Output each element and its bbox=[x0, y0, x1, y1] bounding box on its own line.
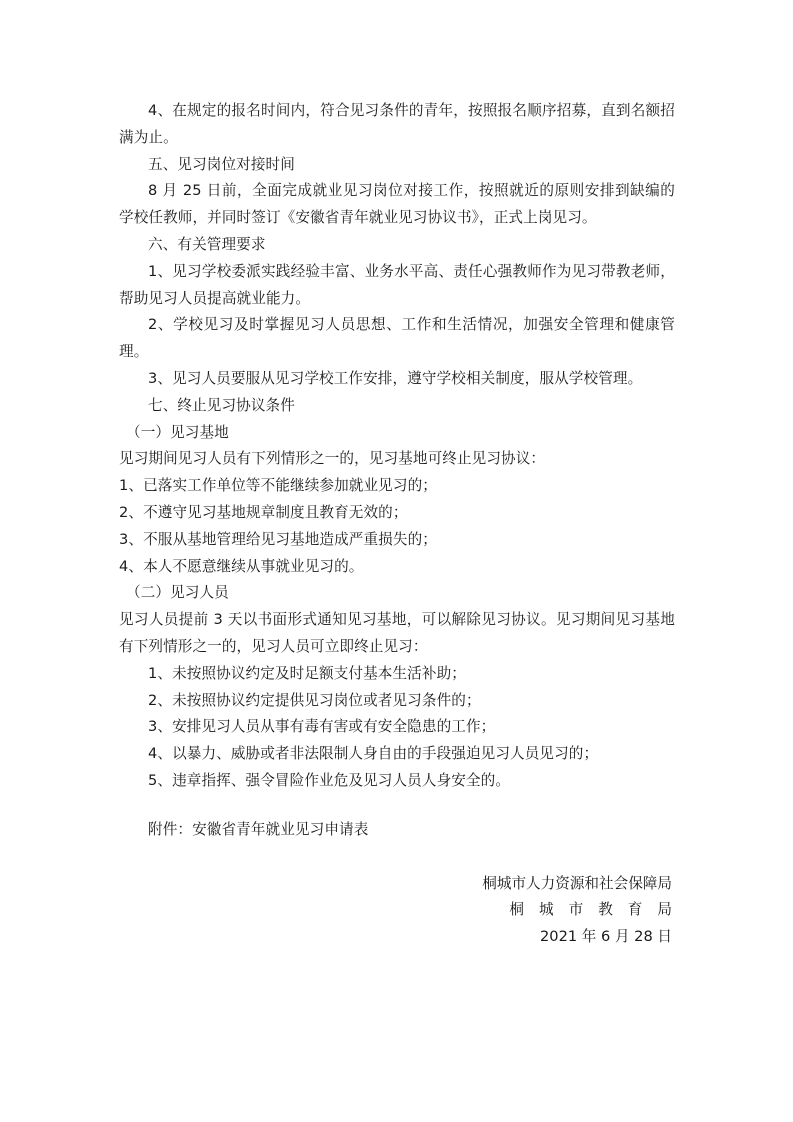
list-item-base-2: 2、不遵守见习基地规章制度且教育无效的； bbox=[119, 500, 675, 527]
paragraph-matching-time: 8 月 25 日前，全面完成就业见习岗位对接工作，按照就近的原则安排到缺编的学校… bbox=[119, 178, 675, 232]
signature-date: 2021 年 6 月 28 日 bbox=[119, 924, 675, 951]
list-item-base-4: 4、本人不愿意继续从事就业见习的。 bbox=[119, 554, 675, 581]
paragraph-management-3: 3、见习人员要服从见习学校工作安排，遵守学校相关制度，服从学校管理。 bbox=[119, 366, 675, 393]
section-heading-6: 六、有关管理要求 bbox=[119, 232, 675, 259]
list-item-base-1: 1、已落实工作单位等不能继续参加就业见习的； bbox=[119, 473, 675, 500]
spacer bbox=[119, 844, 675, 871]
paragraph-recruit-rule-4: 4、在规定的报名时间内，符合见习条件的青年，按照报名顺序招募，直到名额招满为止。 bbox=[119, 98, 675, 152]
signature-org-education-text: 桐城市教育局 bbox=[509, 901, 687, 918]
list-item-trainee-1: 1、未按照协议约定及时足额支付基本生活补助； bbox=[119, 661, 675, 688]
attachment-note: 附件：安徽省青年就业见习申请表 bbox=[119, 817, 675, 844]
subheading-trainee: （二）见习人员 bbox=[119, 580, 675, 607]
signature-org-hr: 桐城市人力资源和社会保障局 bbox=[119, 871, 675, 898]
paragraph-base-intro: 见习期间见习人员有下列情形之一的，见习基地可终止见习协议： bbox=[119, 446, 675, 473]
list-item-trainee-4: 4、以暴力、威胁或者非法限制人身自由的手段强迫见习人员见习的； bbox=[119, 741, 675, 768]
list-item-trainee-3: 3、安排见习人员从事有毒有害或有安全隐患的工作； bbox=[119, 714, 675, 741]
section-heading-5: 五、见习岗位对接时间 bbox=[119, 152, 675, 179]
paragraph-trainee-intro: 见习人员提前 3 天以书面形式通知见习基地，可以解除见习协议。见习期间见习基地有… bbox=[119, 607, 675, 661]
subheading-base: （一）见习基地 bbox=[119, 420, 675, 447]
list-item-trainee-5: 5、违章指挥、强令冒险作业危及见习人员人身安全的。 bbox=[119, 768, 675, 795]
list-item-base-3: 3、不服从基地管理给见习基地造成严重损失的； bbox=[119, 527, 675, 554]
signature-org-education: 桐城市教育局 bbox=[119, 897, 675, 924]
section-heading-7: 七、终止见习协议条件 bbox=[119, 393, 675, 420]
list-item-trainee-2: 2、未按照协议约定提供见习岗位或者见习条件的； bbox=[119, 688, 675, 715]
paragraph-management-2: 2、学校见习及时掌握见习人员思想、工作和生活情况，加强安全管理和健康管理。 bbox=[119, 312, 675, 366]
paragraph-management-1: 1、见习学校委派实践经验丰富、业务水平高、责任心强教师作为见习带教老师，帮助见习… bbox=[119, 259, 675, 313]
spacer bbox=[119, 795, 675, 817]
document-page: 4、在规定的报名时间内，符合见习条件的青年，按照报名顺序招募，直到名额招满为止。… bbox=[119, 98, 675, 951]
